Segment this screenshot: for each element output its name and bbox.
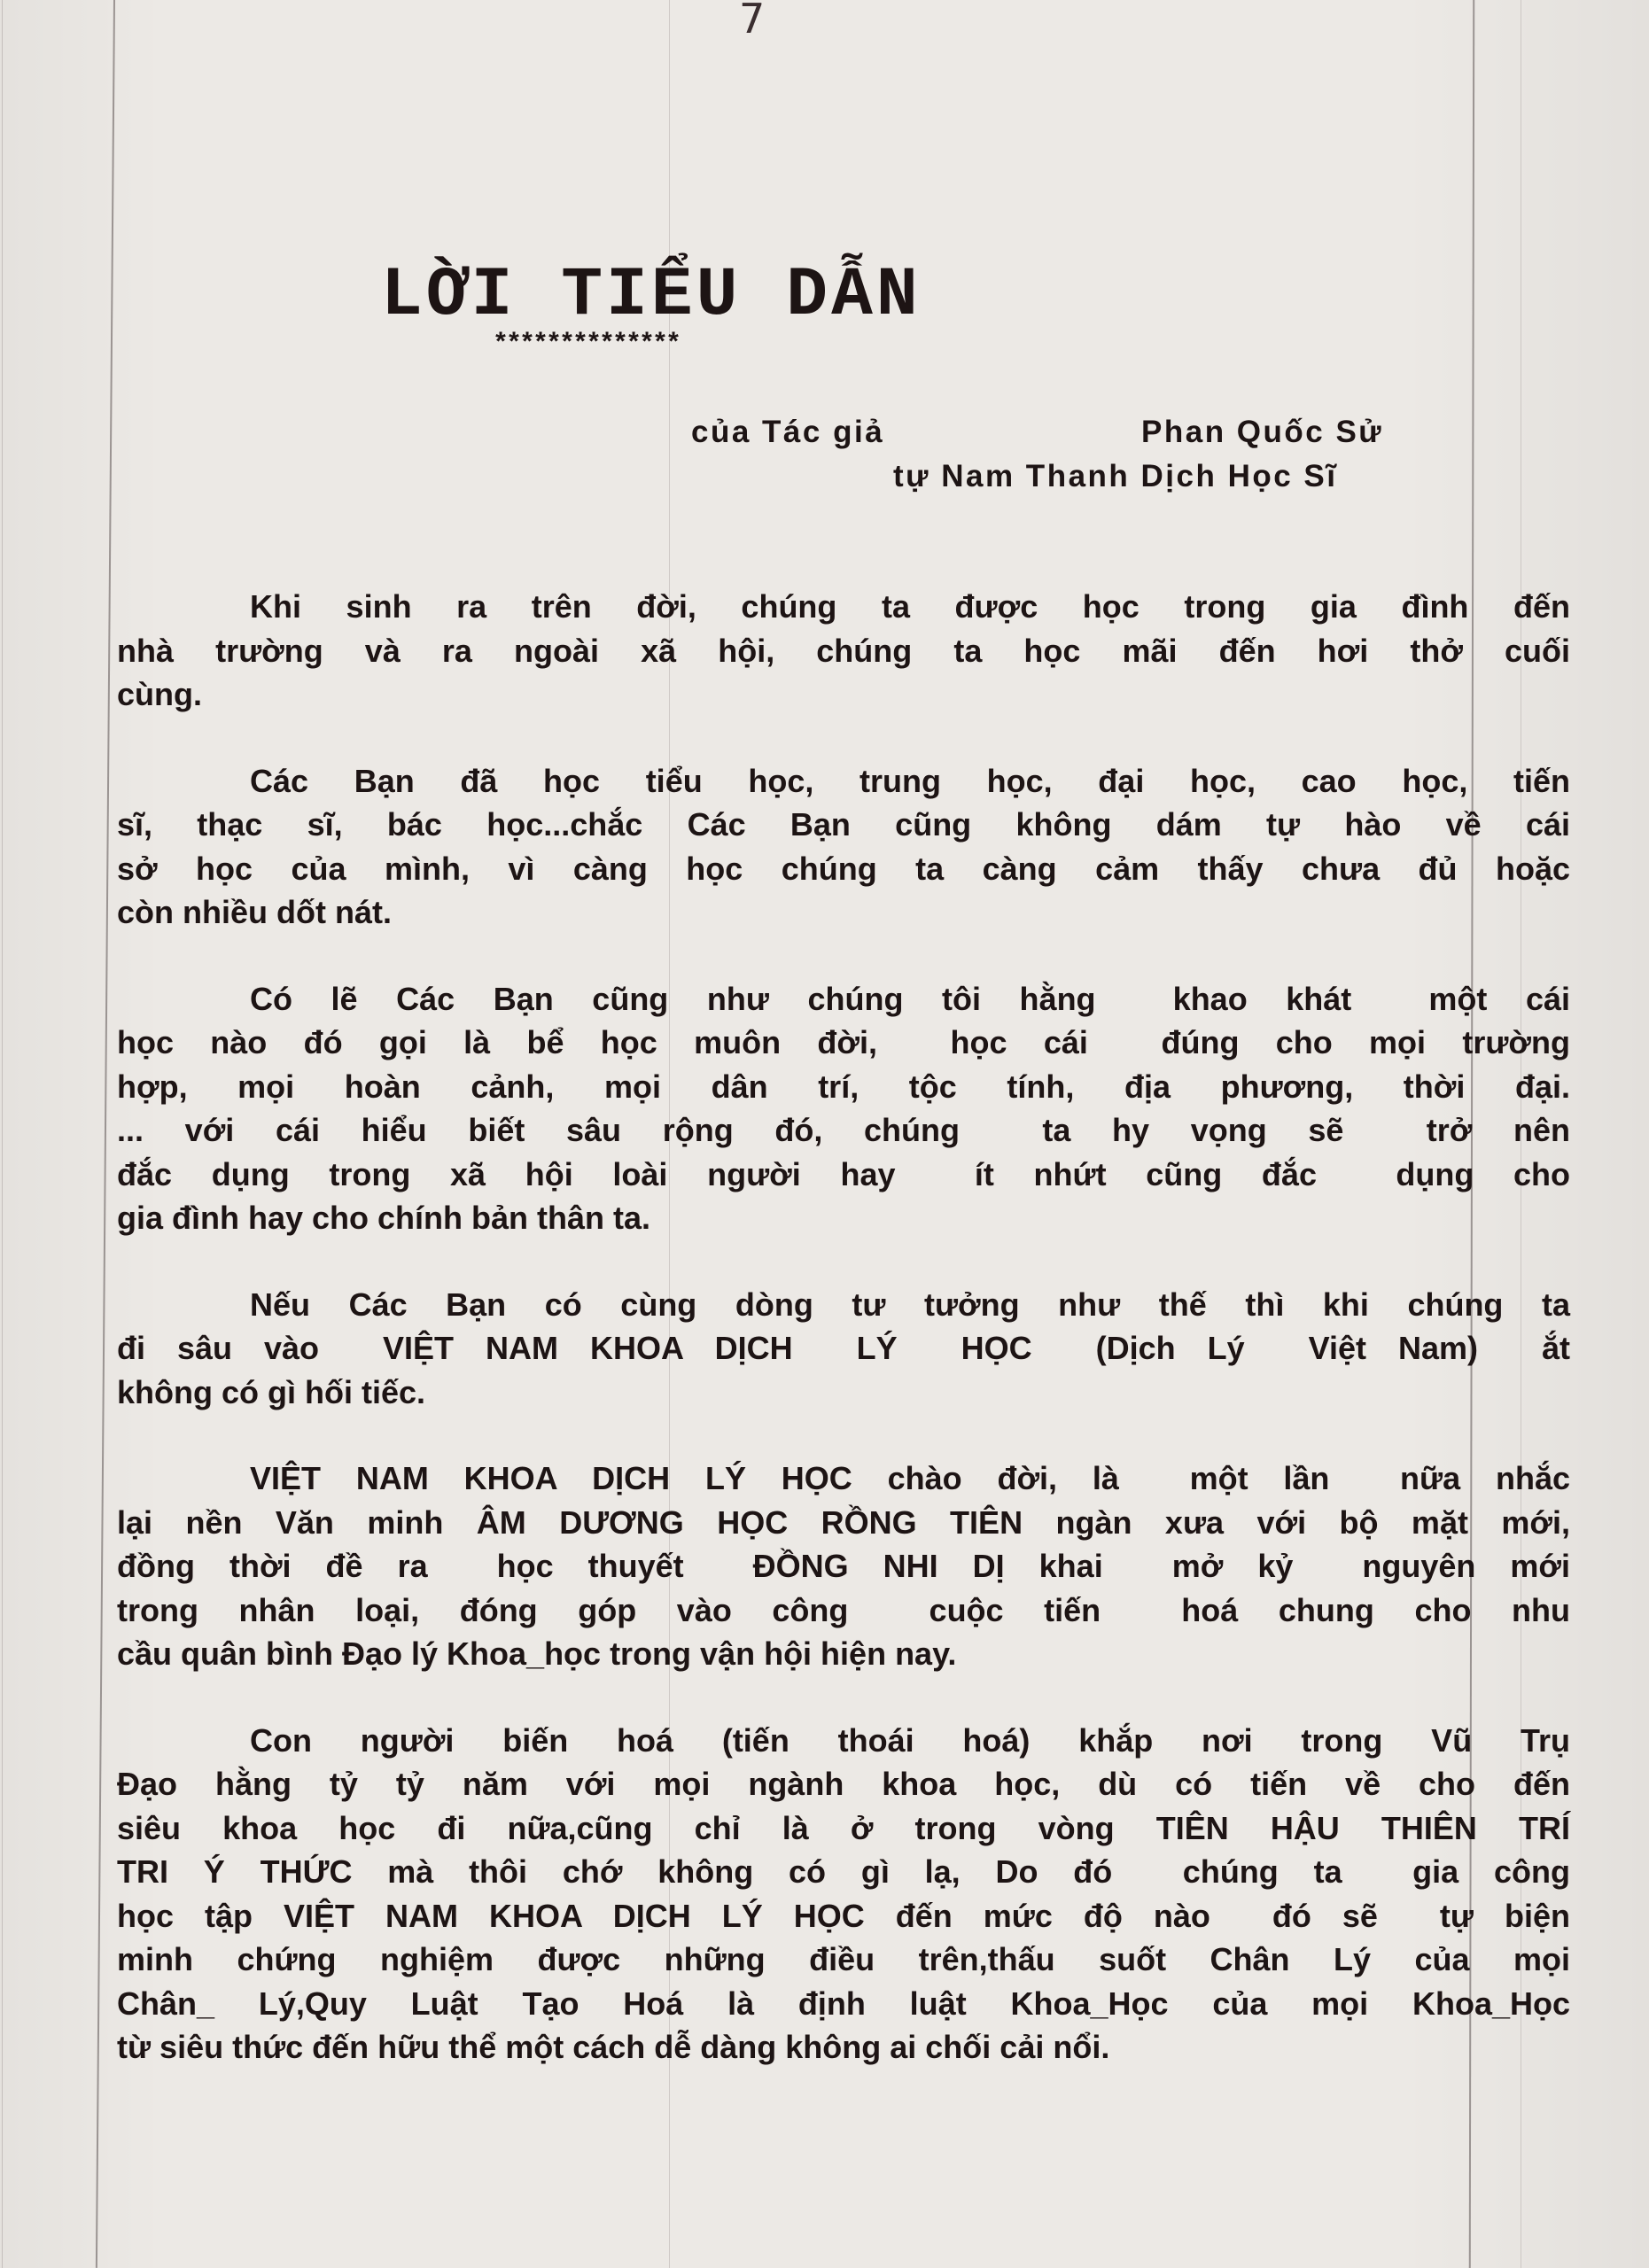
paragraph: Khi sinh ra trên đời, chúng ta được học … [117, 585, 1570, 717]
paragraph-line: TRI Ý THỨC mà thôi chớ không có gì lạ, D… [117, 1850, 1570, 1894]
page-edge-line [2, 0, 3, 2268]
author-name: Phan Quốc Sử [1141, 415, 1383, 450]
paragraph-line: gia đình hay cho chính bản thân ta. [117, 1196, 1570, 1240]
paragraph-line: không có gì hối tiếc. [117, 1371, 1570, 1415]
paragraph-line: lại nền Văn minh ÂM DƯƠNG HỌC RỒNG TIÊN … [117, 1501, 1570, 1545]
paragraph-line: siêu khoa học đi nữa,cũng chỉ là ở trong… [117, 1806, 1570, 1851]
paragraph-line: còn nhiều dốt nát. [117, 890, 1570, 935]
paragraph-line: sở học của mình, vì càng học chúng ta cà… [117, 847, 1570, 891]
paragraph-line: đắc dụng trong xã hội loài người hay ít … [117, 1153, 1570, 1197]
paragraph-line: đi sâu vào VIỆT NAM KHOA DỊCH LÝ HỌC (Dị… [117, 1326, 1570, 1371]
paragraph-line: hợp, mọi hoàn cảnh, mọi dân trí, tộc tín… [117, 1065, 1570, 1109]
paragraph-line: cùng. [117, 672, 1570, 717]
paragraph: Có lẽ Các Bạn cũng như chúng tôi hằng kh… [117, 977, 1570, 1240]
paragraph: Nếu Các Bạn có cùng dòng tư tưởng như th… [117, 1283, 1570, 1415]
paragraph-line: trong nhân loại, đóng góp vào công cuộc … [117, 1588, 1570, 1633]
paragraph-line: học nào đó gọi là bể học muôn đời, học c… [117, 1021, 1570, 1065]
paragraph-line: Các Bạn đã học tiểu học, trung học, đại … [117, 759, 1570, 804]
paragraph-line: nhà trường và ra ngoài xã hội, chúng ta … [117, 629, 1570, 673]
paragraph-line: Đạo hằng tỷ tỷ năm với mọi ngành khoa họ… [117, 1762, 1570, 1806]
paragraph: Các Bạn đã học tiểu học, trung học, đại … [117, 759, 1570, 935]
paragraph-line: Có lẽ Các Bạn cũng như chúng tôi hằng kh… [117, 977, 1570, 1021]
paragraph-line: học tập VIỆT NAM KHOA DỊCH LÝ HỌC đến mứ… [117, 1894, 1570, 1938]
author-alias: tự Nam Thanh Dịch Học Sĩ [893, 459, 1338, 494]
page-title: LỜI TIỂU DẪN [381, 257, 922, 335]
paragraph-line: Nếu Các Bạn có cùng dòng tư tưởng như th… [117, 1283, 1570, 1327]
paragraph-line: sĩ, thạc sĩ, bác học...chắc Các Bạn cũng… [117, 803, 1570, 847]
page-number: 7 [739, 0, 765, 43]
paragraph-line: từ siêu thức đến hữu thể một cách dễ dàn… [117, 2025, 1570, 2070]
paragraph-line: Chân_ Lý,Quy Luật Tạo Hoá là định luật K… [117, 1982, 1570, 2026]
paragraph-line: cầu quân bình Đạo lý Khoa_học trong vận … [117, 1632, 1570, 1676]
paragraph-line: đồng thời đề ra học thuyết ĐỒNG NHI DỊ k… [117, 1544, 1570, 1588]
paragraph: Con người biến hoá (tiến thoái hoá) khắp… [117, 1719, 1570, 2070]
paragraph-line: ... với cái hiểu biết sâu rộng đó, chúng… [117, 1108, 1570, 1153]
document-body: Khi sinh ra trên đời, chúng ta được học … [117, 585, 1570, 2112]
paragraph-line: VIỆT NAM KHOA DỊCH LÝ HỌC chào đời, là m… [117, 1456, 1570, 1501]
paragraph-line: minh chứng nghiệm được những điều trên,t… [117, 1938, 1570, 1982]
paragraph: VIỆT NAM KHOA DỊCH LÝ HỌC chào đời, là m… [117, 1456, 1570, 1676]
paragraph-line: Khi sinh ra trên đời, chúng ta được học … [117, 585, 1570, 629]
paragraph-line: Con người biến hoá (tiến thoái hoá) khắp… [117, 1719, 1570, 1763]
author-prefix: của Tác giả [691, 415, 884, 450]
title-underline: ************** [493, 330, 679, 360]
